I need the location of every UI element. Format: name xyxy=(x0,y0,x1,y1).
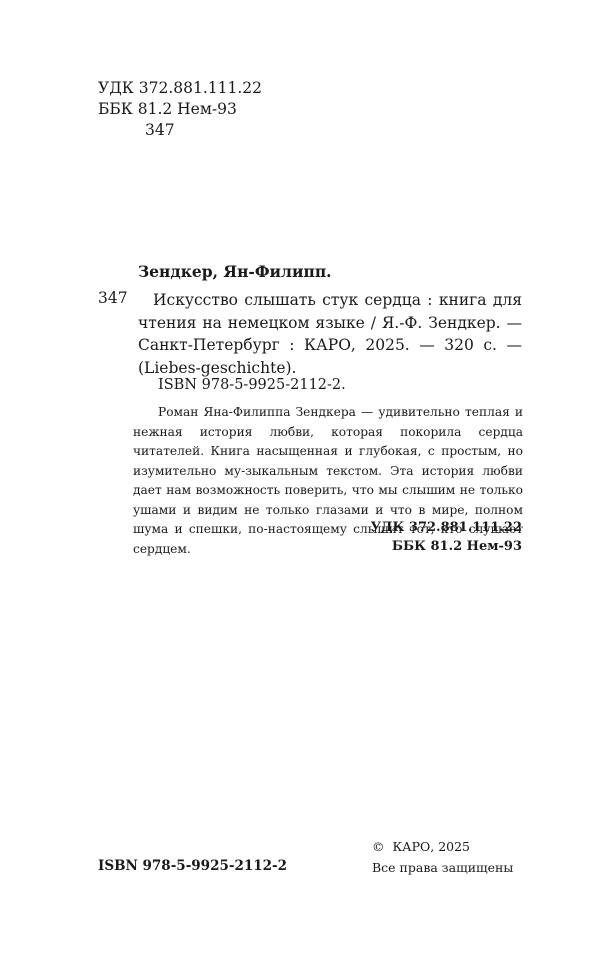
description-text: Искусство слышать стук сердца : книга дл… xyxy=(138,289,522,379)
udk-value: 372.881.111.22 xyxy=(139,79,262,97)
record-isbn: ISBN 978-5-9925-2112-2. xyxy=(158,377,346,393)
bottom-bbk: ББК 81.2 Нем-93 xyxy=(370,537,522,556)
footer-isbn: ISBN 978-5-9925-2112-2 xyxy=(98,858,287,874)
bottom-classification-block: УДК 372.881.111.22 ББК 81.2 Нем-93 xyxy=(370,518,522,556)
udk-label: УДК xyxy=(98,79,134,97)
bibliographic-description: Искусство слышать стук сердца : книга дл… xyxy=(138,289,522,379)
record-cutter-code: 347 xyxy=(98,289,128,307)
bbk-value: 81.2 Нем-93 xyxy=(138,100,237,118)
copyright-line: © КАРО, 2025 xyxy=(372,836,513,857)
cutter-code: 347 xyxy=(98,120,262,141)
bbk-row: ББК 81.2 Нем-93 xyxy=(98,99,262,120)
copyright-block: © КАРО, 2025 Все права защищены xyxy=(372,836,513,878)
rights-line: Все права защищены xyxy=(372,857,513,878)
bottom-udk: УДК 372.881.111.22 xyxy=(370,518,522,537)
author-heading: Зендкер, Ян-Филипп. xyxy=(138,262,332,281)
top-classification-block: УДК 372.881.111.22 ББК 81.2 Нем-93 347 xyxy=(98,78,262,141)
udk-row: УДК 372.881.111.22 xyxy=(98,78,262,99)
bbk-label: ББК xyxy=(98,100,133,118)
